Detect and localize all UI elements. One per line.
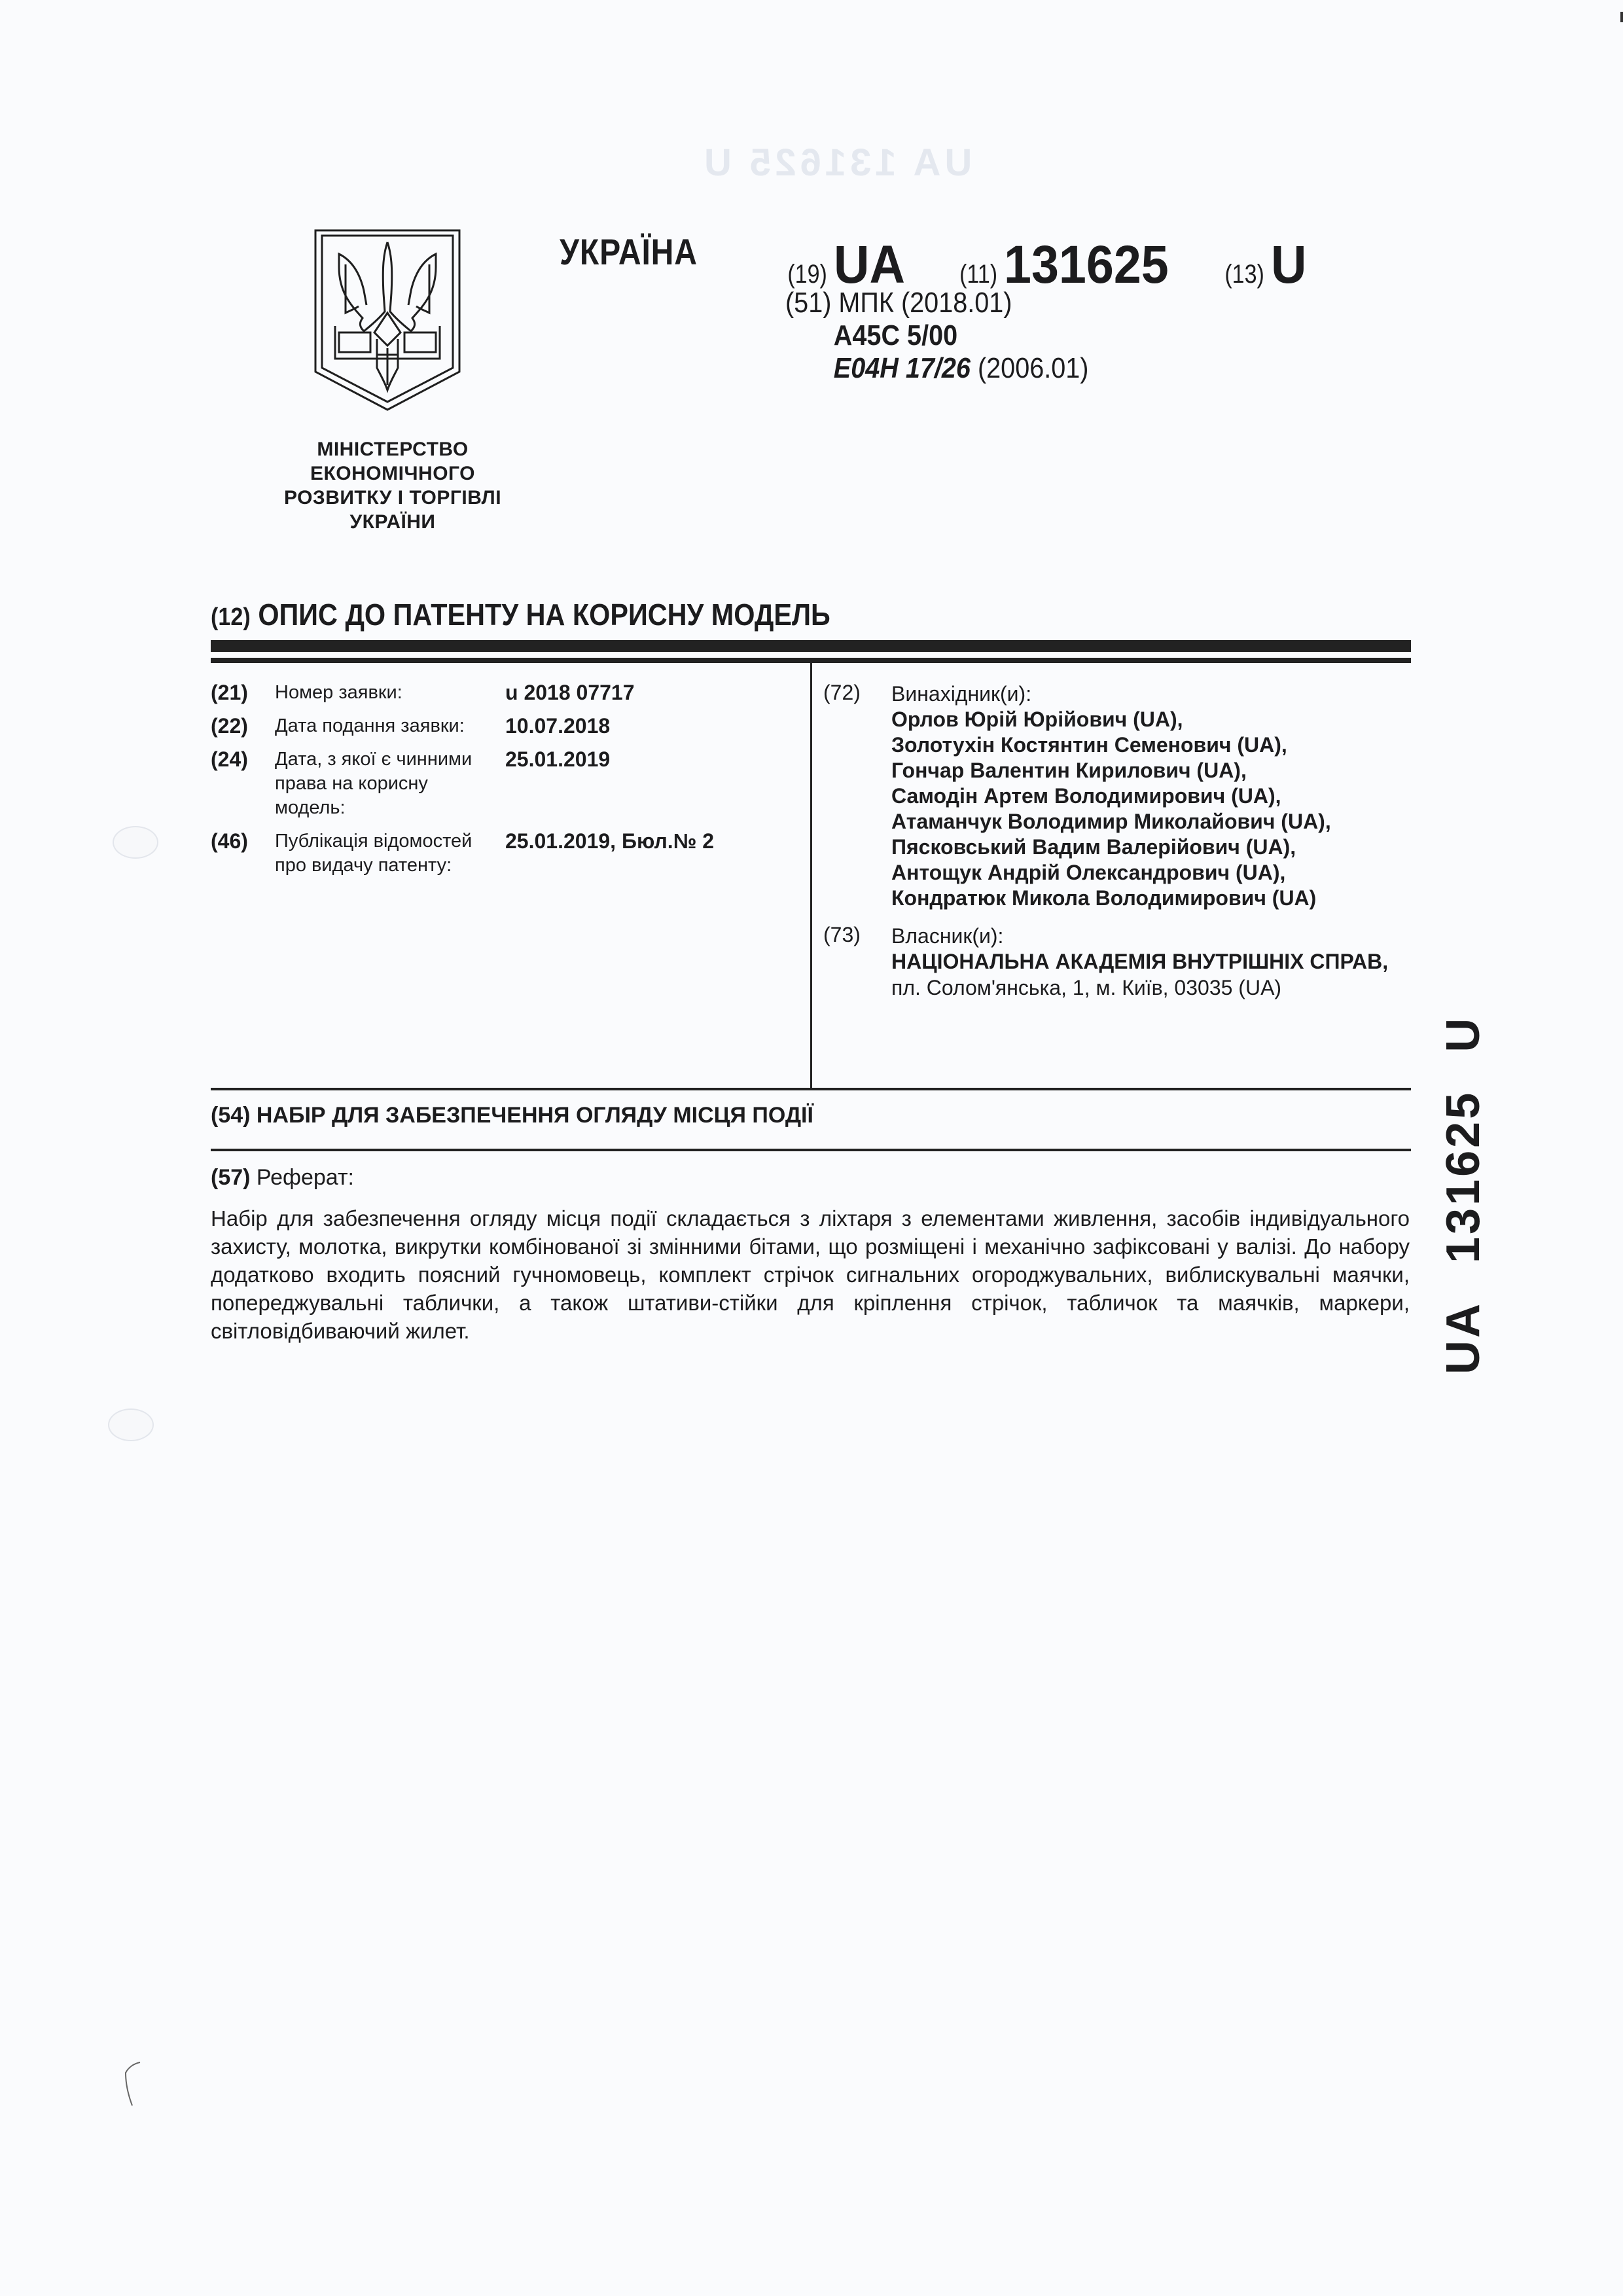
abstract-heading: (57) Реферат: xyxy=(211,1165,354,1191)
inid-19: (19) xyxy=(787,260,827,289)
inventors-label: Винахідник(и): xyxy=(891,681,1412,707)
inventor-name: Гончар Валентин Кирилович (UA), xyxy=(891,758,1412,783)
ministry-line: РОЗВИТКУ І ТОРГІВЛІ xyxy=(259,486,527,510)
abstract-label: Реферат: xyxy=(257,1165,354,1190)
inid-code: (21) xyxy=(211,681,248,705)
pen-scratch-mark xyxy=(118,2058,144,2108)
field-label: Дата подання заявки: xyxy=(275,714,497,738)
side-kind-code: U xyxy=(1437,1016,1489,1052)
coat-of-arms-icon xyxy=(313,228,462,412)
field-label: Публікація відомостей про видачу патенту… xyxy=(275,829,497,878)
owner-block: (73) Власник(и): НАЦІОНАЛЬНА АКАДЕМІЯ ВН… xyxy=(823,923,1412,1001)
field-value: u 2018 07717 xyxy=(505,681,635,705)
inventor-name: Антощук Андрій Олександрович (UA), xyxy=(891,860,1412,886)
biblio-row-effective-date: (24) Дата, з якої є чинними права на кор… xyxy=(211,747,800,820)
ministry-line: МІНІСТЕРСТВО xyxy=(259,437,527,461)
ministry-line: УКРАЇНИ xyxy=(259,510,527,534)
bibliographic-data-left: (21) Номер заявки: u 2018 07717 (22) Дат… xyxy=(211,681,800,887)
inid-code: (57) xyxy=(211,1165,250,1190)
inid-12: (12) xyxy=(211,603,251,631)
punch-hole-mark xyxy=(113,826,158,859)
side-country-code: UA xyxy=(1437,1301,1489,1374)
inid-code: (22) xyxy=(211,714,248,738)
country-name: УКРАЇНА xyxy=(560,230,698,273)
show-through-watermark: UA 131625 U xyxy=(700,141,972,185)
ipc-class-2-version: (2006.01) xyxy=(978,352,1089,384)
inid-code: (46) xyxy=(211,829,248,853)
biblio-row-publication: (46) Публікація відомостей про видачу па… xyxy=(211,829,800,878)
inventor-name: Атаманчук Володимир Миколайович (UA), xyxy=(891,809,1349,834)
punch-hole-mark xyxy=(108,1408,154,1441)
inventors-block: (72) Винахідник(и): Орлов Юрій Юрійович … xyxy=(823,681,1412,911)
ipc-class-2: E04H 17/26 xyxy=(834,352,971,384)
owner-address: пл. Солом'янська, 1, м. Київ, 03035 (UA) xyxy=(891,975,1412,1001)
inid-code: (24) xyxy=(211,747,248,772)
utility-model-title: (54) НАБІР ДЛЯ ЗАБЕЗПЕЧЕННЯ ОГЛЯДУ МІСЦЯ… xyxy=(211,1103,813,1128)
column-divider xyxy=(810,663,812,1088)
field-value: 10.07.2018 xyxy=(505,714,610,738)
inid-51: (51) xyxy=(785,287,831,319)
document-type-text: ОПИС ДО ПАТЕНТУ НА КОРИСНУ МОДЕЛЬ xyxy=(258,598,830,632)
inid-13: (13) xyxy=(1224,260,1264,289)
side-number: 131625 xyxy=(1437,1090,1489,1263)
issuing-authority: МІНІСТЕРСТВО ЕКОНОМІЧНОГО РОЗВИТКУ І ТОР… xyxy=(259,437,527,534)
side-patent-number: UA 131625 U xyxy=(1436,1016,1490,1374)
ipc-class-1: A45C 5/00 xyxy=(785,319,1089,352)
field-label: Номер заявки: xyxy=(275,681,497,705)
field-label: Дата, з якої є чинними права на корисну … xyxy=(275,747,497,820)
scan-edge-mark xyxy=(1620,12,1623,22)
field-value: 25.01.2019, Бюл.№ 2 xyxy=(505,829,714,853)
document-type-heading: (12) ОПИС ДО ПАТЕНТУ НА КОРИСНУ МОДЕЛЬ xyxy=(211,597,830,632)
ipc-label: МПК (2018.01) xyxy=(838,287,1012,319)
kind-code: U xyxy=(1271,234,1306,296)
field-value: 25.01.2019 xyxy=(505,747,610,772)
inid-11: (11) xyxy=(959,260,997,289)
biblio-row-application-number: (21) Номер заявки: u 2018 07717 xyxy=(211,681,800,705)
inventor-name: Пясковський Вадим Валерійович (UA), xyxy=(891,834,1412,860)
inid-code: (54) xyxy=(211,1103,250,1128)
title-text: НАБІР ДЛЯ ЗАБЕЗПЕЧЕННЯ ОГЛЯДУ МІСЦЯ ПОДІ… xyxy=(257,1103,813,1128)
abstract-text: Набір для забезпечення огляду місця поді… xyxy=(211,1204,1410,1345)
inventors-list: Орлов Юрій Юрійович (UA), Золотухін Кост… xyxy=(891,707,1412,911)
divider-thin xyxy=(211,658,1411,663)
bibliographic-data-right: (72) Винахідник(и): Орлов Юрій Юрійович … xyxy=(823,681,1412,1001)
biblio-row-filing-date: (22) Дата подання заявки: 10.07.2018 xyxy=(211,714,800,738)
owner-name: НАЦІОНАЛЬНА АКАДЕМІЯ ВНУТРІШНІХ СПРАВ, xyxy=(891,949,1389,975)
inid-code: (73) xyxy=(823,923,861,947)
owner-label: Власник(и): xyxy=(891,923,1412,949)
ministry-line: ЕКОНОМІЧНОГО xyxy=(259,461,527,486)
inid-code: (72) xyxy=(823,681,861,705)
section-divider xyxy=(211,1149,1411,1151)
ipc-classification: (51) МПК (2018.01) A45C 5/00 E04H 17/26 … xyxy=(785,287,1089,385)
inventor-name: Орлов Юрій Юрійович (UA), xyxy=(891,707,1412,732)
divider-thick xyxy=(211,640,1411,652)
inventor-name: Самодін Артем Володимирович (UA), xyxy=(891,783,1412,809)
inventor-name: Золотухін Костянтин Семенович (UA), xyxy=(891,732,1412,758)
inventor-name: Кондратюк Микола Володимирович (UA) xyxy=(891,886,1412,911)
section-divider xyxy=(211,1088,1411,1090)
